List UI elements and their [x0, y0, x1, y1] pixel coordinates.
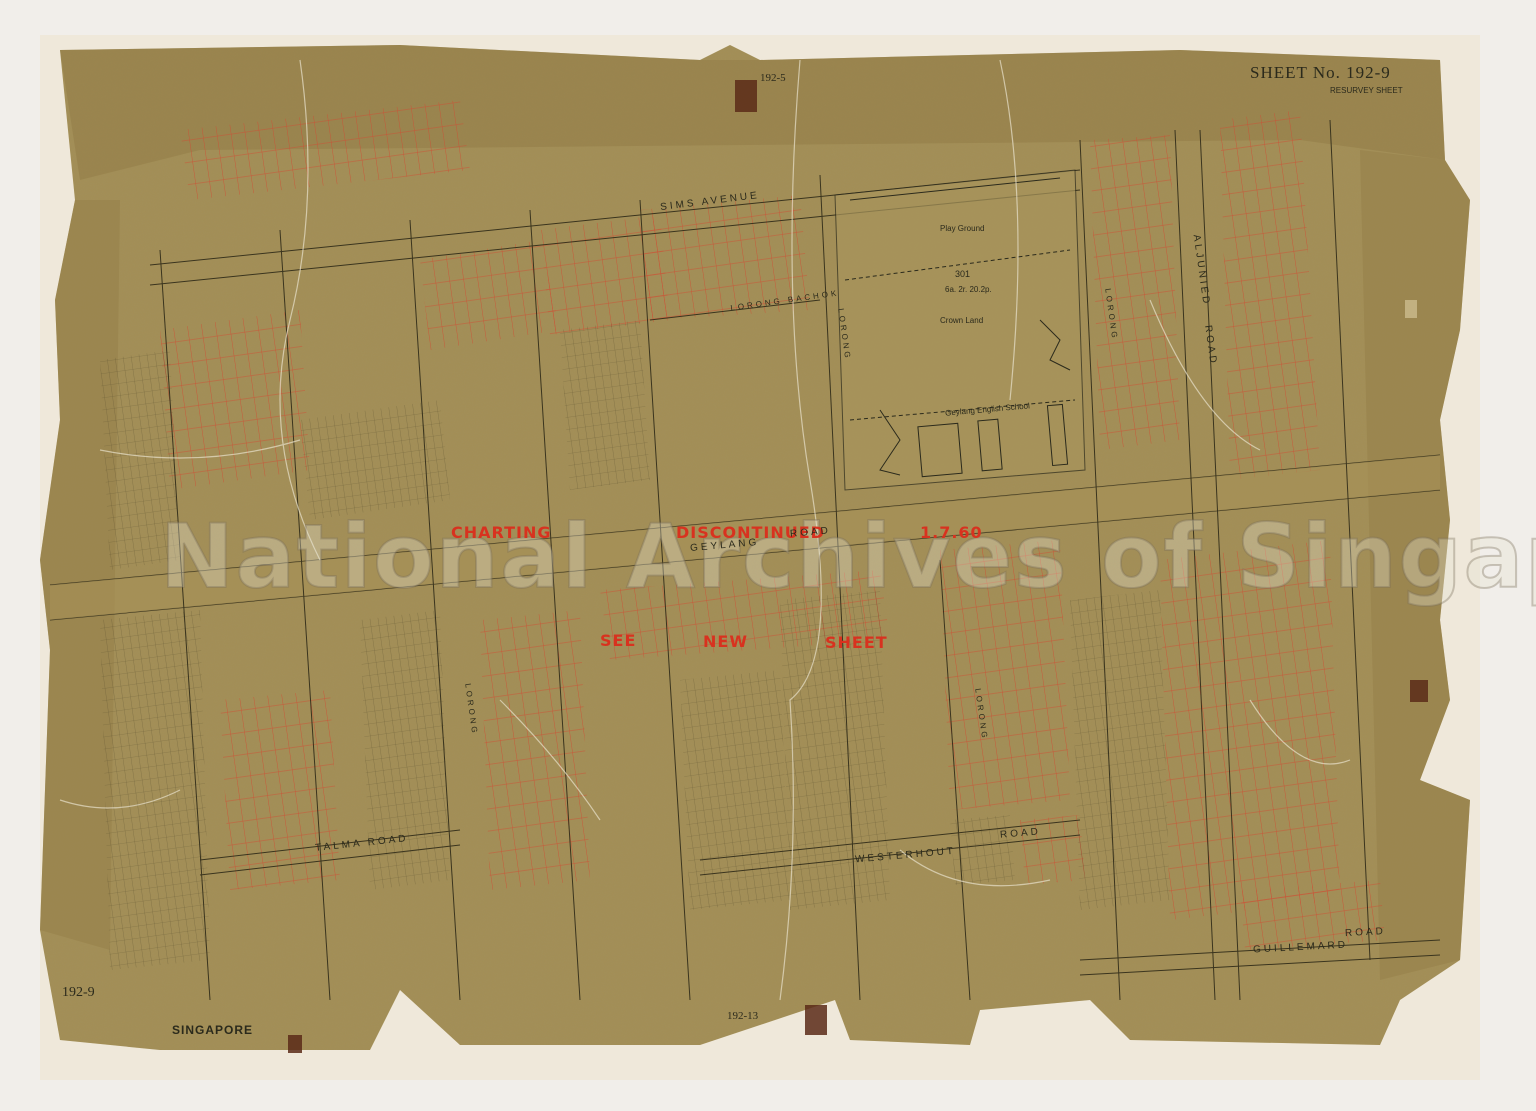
stamp-sheet: SHEET — [825, 633, 888, 652]
resurvey-sheet-label: RESURVEY SHEET — [1330, 86, 1403, 95]
road-label-guillemard-road: ROAD — [1345, 926, 1386, 939]
adjacent-sheet-bottom: 192-13 — [727, 1010, 758, 1022]
lot-area: 6a. 2r. 20.2p. — [945, 285, 992, 294]
stamp-new: NEW — [703, 632, 748, 651]
singapore-label: SINGAPORE — [172, 1023, 253, 1037]
stamp-date: 1.7.60 — [920, 523, 983, 542]
watermark: National Archives of Singapore — [160, 505, 1536, 608]
playground-label: Play Ground — [940, 224, 984, 233]
lot-number: 301 — [955, 269, 970, 279]
crown-land-plot — [835, 170, 1085, 490]
sheet-corner-label: 192-9 — [62, 985, 95, 1001]
sheet-number-label: SHEET No. 192-9 — [1250, 63, 1391, 83]
stamp-see: SEE — [600, 631, 636, 650]
adjacent-sheet-top: 192-5 — [760, 72, 786, 84]
crown-land-label: Crown Land — [940, 316, 983, 325]
stamp-charting: CHARTING — [451, 523, 552, 542]
